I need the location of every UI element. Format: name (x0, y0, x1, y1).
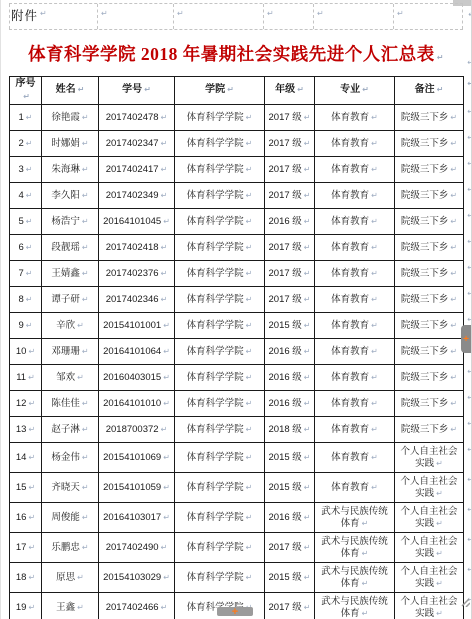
cell-remark[interactable]: 院级三下乡↵ (395, 183, 464, 209)
cell-student-id[interactable]: 2017402346 (99, 287, 175, 313)
cell-college[interactable]: 体育科学学院 (175, 287, 265, 313)
cell-major[interactable]: 体育教育 (315, 183, 395, 209)
table-row: 12 陈佳佳 20164101010 体育科学学院 2016 级 体育教育 院级… (10, 391, 464, 417)
cell-no[interactable]: 11 (10, 365, 42, 391)
cell-major[interactable]: 体育教育 (315, 473, 395, 503)
cell-remark[interactable]: 院级三下乡↵ (395, 105, 464, 131)
cell-major[interactable]: 体育教育 (315, 261, 395, 287)
cell-name[interactable]: 李久阳 (42, 183, 99, 209)
ghost-cell[interactable]: ↵ (174, 4, 264, 29)
cell-grade[interactable]: 2017 级 (265, 287, 315, 313)
cell-no[interactable]: 10 (10, 339, 42, 365)
cell-college[interactable]: 体育科学学院 (175, 209, 265, 235)
cell-college[interactable]: 体育科学学院 (175, 157, 265, 183)
cell-grade[interactable]: 2016 级 (265, 503, 315, 533)
row-end-mark-icon: ↵ (467, 565, 472, 575)
cell-name[interactable]: 陈佳佳 (42, 391, 99, 417)
page-title[interactable]: 体育科学学院 2018 年暑期社会实践先进个人汇总表 (28, 41, 444, 66)
cell-grade[interactable]: 2016 级 (265, 209, 315, 235)
cell-name[interactable]: 王婧鑫 (42, 261, 99, 287)
cell-student-id[interactable]: 2017402347 (99, 131, 175, 157)
cell-no[interactable]: 9 (10, 313, 42, 339)
cell-no[interactable]: 5 (10, 209, 42, 235)
row-end-mark-icon: ↵ (467, 79, 472, 89)
cell-grade[interactable]: 2017 级 (265, 131, 315, 157)
cell-major[interactable]: 体育教育 (315, 391, 395, 417)
cell-grade[interactable]: 2018 级 (265, 417, 315, 443)
cell-remark[interactable]: 院级三下乡↵ (395, 209, 464, 235)
cell-remark[interactable]: 个人自主社会实践↵ (395, 533, 464, 563)
cell-no[interactable]: 18 (10, 563, 42, 593)
cell-remark[interactable]: 院级三下乡↵ (395, 235, 464, 261)
table-row: 1 徐艳霞 2017402478 体育科学学院 2017 级 体育教育 院级三下… (10, 105, 464, 131)
col-header-no[interactable]: 序号 (10, 77, 42, 105)
table-row: 4 李久阳 2017402349 体育科学学院 2017 级 体育教育 院级三下… (10, 183, 464, 209)
cell-grade[interactable]: 2015 级 (265, 563, 315, 593)
cell-major[interactable]: 武术与民族传统体育 (315, 503, 395, 533)
row-end-mark-icon: ↵ (467, 211, 472, 221)
cell-name[interactable]: 原思 (42, 563, 99, 593)
cell-college[interactable]: 体育科学学院 (175, 443, 265, 473)
row-end-mark-icon: ↵ (467, 133, 472, 143)
cell-major[interactable]: 体育教育 (315, 209, 395, 235)
row-end-mark-icon: ↵ (467, 393, 472, 403)
paragraph-mark-icon: ↵ (177, 10, 184, 18)
cell-grade[interactable]: 2017 级 (265, 235, 315, 261)
cell-no[interactable]: 7 (10, 261, 42, 287)
cell-college[interactable]: 体育科学学院 (175, 261, 265, 287)
cell-remark[interactable]: 个人自主社会实践↵ (395, 503, 464, 533)
cell-name[interactable]: 邓珊珊 (42, 339, 99, 365)
cell-major[interactable]: 体育教育 (315, 313, 395, 339)
cell-name[interactable]: 徐艳霞 (42, 105, 99, 131)
cell-name[interactable]: 杨金伟 (42, 443, 99, 473)
row-end-mark-icon: ↵ (467, 263, 472, 273)
cell-grade[interactable]: 2016 级 (265, 339, 315, 365)
cell-student-id[interactable]: 2017402349 (99, 183, 175, 209)
cell-student-id[interactable]: 20160403015 (99, 365, 175, 391)
cell-name[interactable]: 时娜娟 (42, 131, 99, 157)
row-end-mark-icon: ↵ (467, 535, 472, 545)
cell-student-id[interactable]: 20164101010 (99, 391, 175, 417)
title-row: 体育科学学院 2018 年暑期社会实践先进个人汇总表 ↵ (9, 30, 463, 76)
cell-no[interactable]: 1 (10, 105, 42, 131)
cell-student-id[interactable]: 2017402490 (99, 533, 175, 563)
cell-college[interactable]: 体育科学学院 (175, 339, 265, 365)
cell-name[interactable]: 周俊能 (42, 503, 99, 533)
table-row: 14 杨金伟 20154101069 体育科学学院 2015 级 体育教育 个人… (10, 443, 464, 473)
cell-name[interactable]: 段靓瑶 (42, 235, 99, 261)
col-header-student-id[interactable]: 学号 (99, 77, 175, 105)
cell-grade[interactable]: 2015 级 (265, 473, 315, 503)
cell-student-id[interactable]: 20154101059 (99, 473, 175, 503)
cell-remark[interactable]: 院级三下乡↵ (395, 365, 464, 391)
cell-no[interactable]: 16 (10, 503, 42, 533)
cell-name[interactable]: 朱海琳 (42, 157, 99, 183)
cell-remark[interactable]: 个人自主社会实践↵ (395, 443, 464, 473)
cell-remark[interactable]: 个人自主社会实践↵ (395, 473, 464, 503)
cell-student-id[interactable]: 20164101064 (99, 339, 175, 365)
cell-grade[interactable]: 2016 级 (265, 391, 315, 417)
cell-major[interactable]: 武术与民族传统体育 (315, 563, 395, 593)
cell-remark[interactable]: 院级三下乡↵ (395, 391, 464, 417)
add-row-button[interactable]: + (217, 607, 253, 616)
cell-college[interactable]: 体育科学学院 (175, 365, 265, 391)
table-row: 8 谭子研 2017402346 体育科学学院 2017 级 体育教育 院级三下… (10, 287, 464, 313)
cell-college[interactable]: 体育科学学院 (175, 313, 265, 339)
resize-handle-icon[interactable] (460, 597, 470, 607)
cell-student-id[interactable]: 20154103029 (99, 563, 175, 593)
table-row: 3 朱海琳 2017402417 体育科学学院 2017 级 体育教育 院级三下… (10, 157, 464, 183)
table-row: 13 赵子淋 2018700372 体育科学学院 2018 级 体育教育 院级三… (10, 417, 464, 443)
row-end-mark-icon: ↵ (467, 237, 472, 247)
cell-major[interactable]: 体育教育 (315, 365, 395, 391)
row-end-mark-icon: ↵ (467, 58, 472, 67)
cell-name[interactable]: 齐晓天 (42, 473, 99, 503)
ghost-cell[interactable]: ↵ (264, 4, 314, 29)
add-column-button[interactable]: + (461, 325, 471, 353)
ghost-table-row: 附件 ↵ ↵ ↵ ↵ ↵ ↵ ↵ (9, 3, 463, 30)
cell-major[interactable]: 体育教育 (315, 417, 395, 443)
table-row: 6 段靓瑶 2017402418 体育科学学院 2017 级 体育教育 院级三下… (10, 235, 464, 261)
cell-no[interactable]: 8 (10, 287, 42, 313)
cell-no[interactable]: 15 (10, 473, 42, 503)
row-end-mark-icon: ↵ (467, 505, 472, 515)
cell-remark[interactable]: 个人自主社会实践↵ (395, 563, 464, 593)
cell-college[interactable]: 体育科学学院 (175, 131, 265, 157)
ghost-cell[interactable]: ↵ (98, 4, 174, 29)
cell-student-id[interactable]: 2017402418 (99, 235, 175, 261)
cell-grade[interactable]: 2017 级 (265, 105, 315, 131)
cell-grade[interactable]: 2015 级 (265, 313, 315, 339)
paragraph-mark-icon: ↵ (101, 10, 108, 18)
cell-grade[interactable]: 2017 级 (265, 261, 315, 287)
cell-major[interactable]: 体育教育 (315, 235, 395, 261)
summary-table: 序号 姓名 学号 学院 年级 专业 备注↵ 1 徐艳霞 2017402478 体… (9, 76, 464, 619)
cell-college[interactable]: 体育科学学院 (175, 417, 265, 443)
cell-name[interactable]: 乐鹏忠 (42, 533, 99, 563)
cell-major[interactable]: 体育教育 (315, 287, 395, 313)
cell-grade[interactable]: 2017 级 (265, 593, 315, 619)
cell-student-id[interactable]: 2017402417 (99, 157, 175, 183)
row-end-mark-icon: ↵ (468, 10, 472, 19)
table-row: 16 周俊能 20164103017 体育科学学院 2016 级 武术与民族传统… (10, 503, 464, 533)
cell-grade[interactable]: 2017 级 (265, 183, 315, 209)
paragraph-mark-icon: ↵ (317, 10, 324, 18)
cell-remark[interactable]: 院级三下乡↵ (395, 339, 464, 365)
table-row: 17 乐鹏忠 2017402490 体育科学学院 2017 级 武术与民族传统体… (10, 533, 464, 563)
cell-grade[interactable]: 2017 级 (265, 157, 315, 183)
cell-college[interactable]: 体育科学学院 (175, 105, 265, 131)
cell-no[interactable]: 17 (10, 533, 42, 563)
attachment-label: 附件 (11, 6, 38, 24)
cell-major[interactable]: 体育教育 (315, 339, 395, 365)
cell-grade[interactable]: 2017 级 (265, 533, 315, 563)
cell-college[interactable]: 体育科学学院 (175, 503, 265, 533)
cell-name[interactable]: 杨浩宁 (42, 209, 99, 235)
cell-student-id[interactable]: 2017402478 (99, 105, 175, 131)
cell-name[interactable]: 辛欣 (42, 313, 99, 339)
cell-major[interactable]: 体育教育 (315, 105, 395, 131)
cell-student-id[interactable]: 2018700372 (99, 417, 175, 443)
cell-remark[interactable]: 院级三下乡↵ (395, 313, 464, 339)
table-row: 9 辛欣 20154101001 体育科学学院 2015 级 体育教育 院级三下… (10, 313, 464, 339)
row-end-mark-icon: ↵ (467, 159, 472, 169)
row-end-mark-icon: ↵ (467, 445, 472, 455)
table-row: 10 邓珊珊 20164101064 体育科学学院 2016 级 体育教育 院级… (10, 339, 464, 365)
col-header-major[interactable]: 专业 (315, 77, 395, 105)
cell-student-id[interactable]: 20164103017 (99, 503, 175, 533)
cell-remark[interactable]: 院级三下乡↵ (395, 417, 464, 443)
table-row: 7 王婧鑫 2017402376 体育科学学院 2017 级 体育教育 院级三下… (10, 261, 464, 287)
col-header-remark[interactable]: 备注↵ (395, 77, 464, 105)
cell-no[interactable]: 2 (10, 131, 42, 157)
cell-college[interactable]: 体育科学学院 (175, 183, 265, 209)
row-end-mark-icon: ↵ (467, 185, 472, 195)
cell-no[interactable]: 6 (10, 235, 42, 261)
paragraph-mark-icon: ↵ (267, 10, 274, 18)
row-end-mark-icon: ↵ (467, 315, 472, 325)
cell-name[interactable]: 赵子淋 (42, 417, 99, 443)
cell-college[interactable]: 体育科学学院 (175, 391, 265, 417)
cell-college[interactable]: 体育科学学院 (175, 473, 265, 503)
cell-no[interactable]: 3 (10, 157, 42, 183)
cell-major[interactable]: 体育教育 (315, 157, 395, 183)
cell-college[interactable]: 体育科学学院 (175, 533, 265, 563)
cell-name[interactable]: 王鑫 (42, 593, 99, 619)
records-body: 1 徐艳霞 2017402478 体育科学学院 2017 级 体育教育 院级三下… (10, 105, 464, 619)
cell-student-id[interactable]: 20164101045 (99, 209, 175, 235)
cell-student-id[interactable]: 2017402376 (99, 261, 175, 287)
cell-grade[interactable]: 2015 级 (265, 443, 315, 473)
cell-remark[interactable]: 个人自主社会实践↵ (395, 593, 464, 619)
cell-remark[interactable]: 院级三下乡↵ (395, 287, 464, 313)
ghost-cell[interactable]: ↵ (314, 4, 394, 29)
header-row: 序号 姓名 学号 学院 年级 专业 备注↵ (10, 77, 464, 105)
cell-college[interactable]: 体育科学学院 (175, 235, 265, 261)
cell-remark[interactable]: 院级三下乡↵ (395, 157, 464, 183)
cell-no[interactable]: 12 (10, 391, 42, 417)
cell-no[interactable]: 14 (10, 443, 42, 473)
cell-major[interactable]: 体育教育 (315, 131, 395, 157)
cell-name[interactable]: 邹欢 (42, 365, 99, 391)
paragraph-mark-icon: ↵ (397, 10, 404, 18)
col-header-name[interactable]: 姓名 (42, 77, 99, 105)
cell-no[interactable]: 4 (10, 183, 42, 209)
cell-major[interactable]: 体育教育 (315, 443, 395, 473)
table-row: 2 时娜娟 2017402347 体育科学学院 2017 级 体育教育 院级三下… (10, 131, 464, 157)
cell-no[interactable]: 13 (10, 417, 42, 443)
cell-college[interactable]: 体育科学学院 (175, 563, 265, 593)
cell-remark[interactable]: 院级三下乡↵ (395, 131, 464, 157)
row-end-mark-icon: ↵ (467, 367, 472, 377)
table-row: 15 齐晓天 20154101059 体育科学学院 2015 级 体育教育 个人… (10, 473, 464, 503)
row-end-mark-icon: ↵ (467, 107, 472, 117)
row-end-mark-icon: ↵ (467, 475, 472, 485)
document-page: 附件 ↵ ↵ ↵ ↵ ↵ ↵ ↵ 体育科学学院 2018 年暑期社会实践先进个人… (0, 0, 472, 619)
cell-major[interactable]: 武术与民族传统体育 (315, 593, 395, 619)
col-header-grade[interactable]: 年级 (265, 77, 315, 105)
cell-grade[interactable]: 2016 级 (265, 365, 315, 391)
table-row: 11 邹欢 20160403015 体育科学学院 2016 级 体育教育 院级三… (10, 365, 464, 391)
cell-student-id[interactable]: 2017402466 (99, 593, 175, 619)
cell-remark[interactable]: 院级三下乡↵ (395, 261, 464, 287)
table-row: 5 杨浩宁 20164101045 体育科学学院 2016 级 体育教育 院级三… (10, 209, 464, 235)
row-end-mark-icon: ↵ (467, 289, 472, 299)
col-header-college[interactable]: 学院 (175, 77, 265, 105)
table-row: 18 原思 20154103029 体育科学学院 2015 级 武术与民族传统体… (10, 563, 464, 593)
paragraph-mark-icon: ↵ (40, 10, 47, 18)
cell-student-id[interactable]: 20154101069 (99, 443, 175, 473)
cell-student-id[interactable]: 20154101001 (99, 313, 175, 339)
row-end-mark-icon: ↵ (467, 419, 472, 429)
cell-name[interactable]: 谭子研 (42, 287, 99, 313)
ghost-cell[interactable]: 附件 ↵ (9, 4, 98, 29)
cell-major[interactable]: 武术与民族传统体育 (315, 533, 395, 563)
cell-no[interactable]: 19 (10, 593, 42, 619)
ghost-cell[interactable]: ↵ (394, 4, 463, 29)
